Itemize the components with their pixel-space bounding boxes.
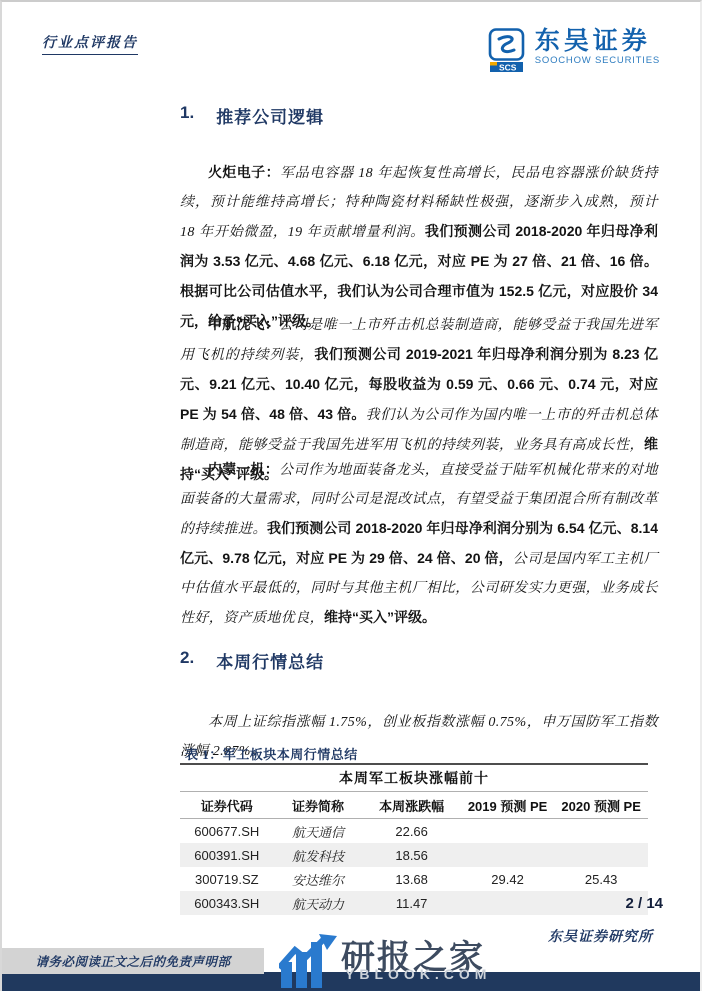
brand-name-en: SOOCHOW SECURITIES bbox=[535, 55, 660, 66]
cell-code: 600677.SH bbox=[180, 824, 274, 839]
col-header-pe2020: 2020 预测 PE bbox=[554, 796, 648, 815]
cell-code: 600343.SH bbox=[180, 896, 274, 911]
brand-logo: SCS 东吴证券 SOOCHOW SECURITIES bbox=[488, 28, 660, 74]
disclaimer-banner: 请务必阅读正文之后的免责声明部 bbox=[2, 948, 264, 974]
col-header-code: 证券代码 bbox=[180, 796, 274, 815]
table-caption: 表 1：军工板块本周行情总结 bbox=[185, 744, 358, 763]
table-header-row: 证券代码 证券简称 本周涨跌幅 2019 预测 PE 2020 预测 PE bbox=[180, 792, 648, 819]
cell-name: 安达维尔 bbox=[274, 870, 363, 889]
paragraph-neimeng: 内蒙一机：公司作为地面装备龙头，直接受益于陆军机械化带来的对地面装备的大量需求，… bbox=[180, 455, 658, 633]
section-1-number: 1. bbox=[180, 103, 194, 128]
cell-code: 300719.SZ bbox=[180, 872, 274, 887]
report-type-label: 行业点评报告 bbox=[42, 32, 138, 55]
cell-change: 13.68 bbox=[363, 872, 461, 887]
table-row: 600677.SH 航天通信 22.66 bbox=[180, 819, 648, 843]
svg-text:SCS: SCS bbox=[499, 63, 517, 73]
report-page: 行业点评报告 SCS 东吴证券 SOOCHOW SECURITIES 1. 推荐… bbox=[0, 0, 702, 991]
col-header-change: 本周涨跌幅 bbox=[363, 796, 461, 815]
brand-name-cn: 东吴证券 bbox=[535, 28, 660, 54]
bar-chart-arrow-icon bbox=[279, 934, 337, 988]
table-row: 600391.SH 航发科技 18.56 bbox=[180, 843, 648, 867]
section-2-heading: 2. 本周行情总结 bbox=[180, 648, 324, 673]
table-span-header: 本周军工板块涨幅前十 bbox=[180, 763, 648, 792]
cell-change: 22.66 bbox=[363, 824, 461, 839]
page-number: 2 / 14 bbox=[625, 895, 663, 912]
research-institute-label: 东吴证券研究所 bbox=[548, 926, 653, 946]
brand-text: 东吴证券 SOOCHOW SECURITIES bbox=[535, 28, 660, 66]
cell-code: 600391.SH bbox=[180, 848, 274, 863]
table-row: 300719.SZ 安达维尔 13.68 29.42 25.43 bbox=[180, 867, 648, 891]
section-1-title: 推荐公司逻辑 bbox=[216, 103, 324, 128]
cell-pe2019: 29.42 bbox=[461, 872, 555, 887]
col-header-name: 证券简称 bbox=[274, 796, 363, 815]
watermark-subtitle: YBLOOK.COM bbox=[345, 966, 491, 982]
cell-change: 18.56 bbox=[363, 848, 461, 863]
cell-name: 航天通信 bbox=[274, 822, 363, 841]
watermark: 研报之家 YBLOOK.COM bbox=[279, 902, 499, 990]
section-2-title: 本周行情总结 bbox=[216, 648, 324, 673]
market-table: 本周军工板块涨幅前十 证券代码 证券简称 本周涨跌幅 2019 预测 PE 20… bbox=[180, 763, 648, 915]
col-header-pe2019: 2019 预测 PE bbox=[461, 796, 555, 815]
section-2-number: 2. bbox=[180, 648, 194, 673]
section-1-heading: 1. 推荐公司逻辑 bbox=[180, 103, 324, 128]
soochow-logo-icon: SCS bbox=[488, 28, 528, 74]
cell-name: 航发科技 bbox=[274, 846, 363, 865]
cell-pe2020: 25.43 bbox=[554, 872, 648, 887]
